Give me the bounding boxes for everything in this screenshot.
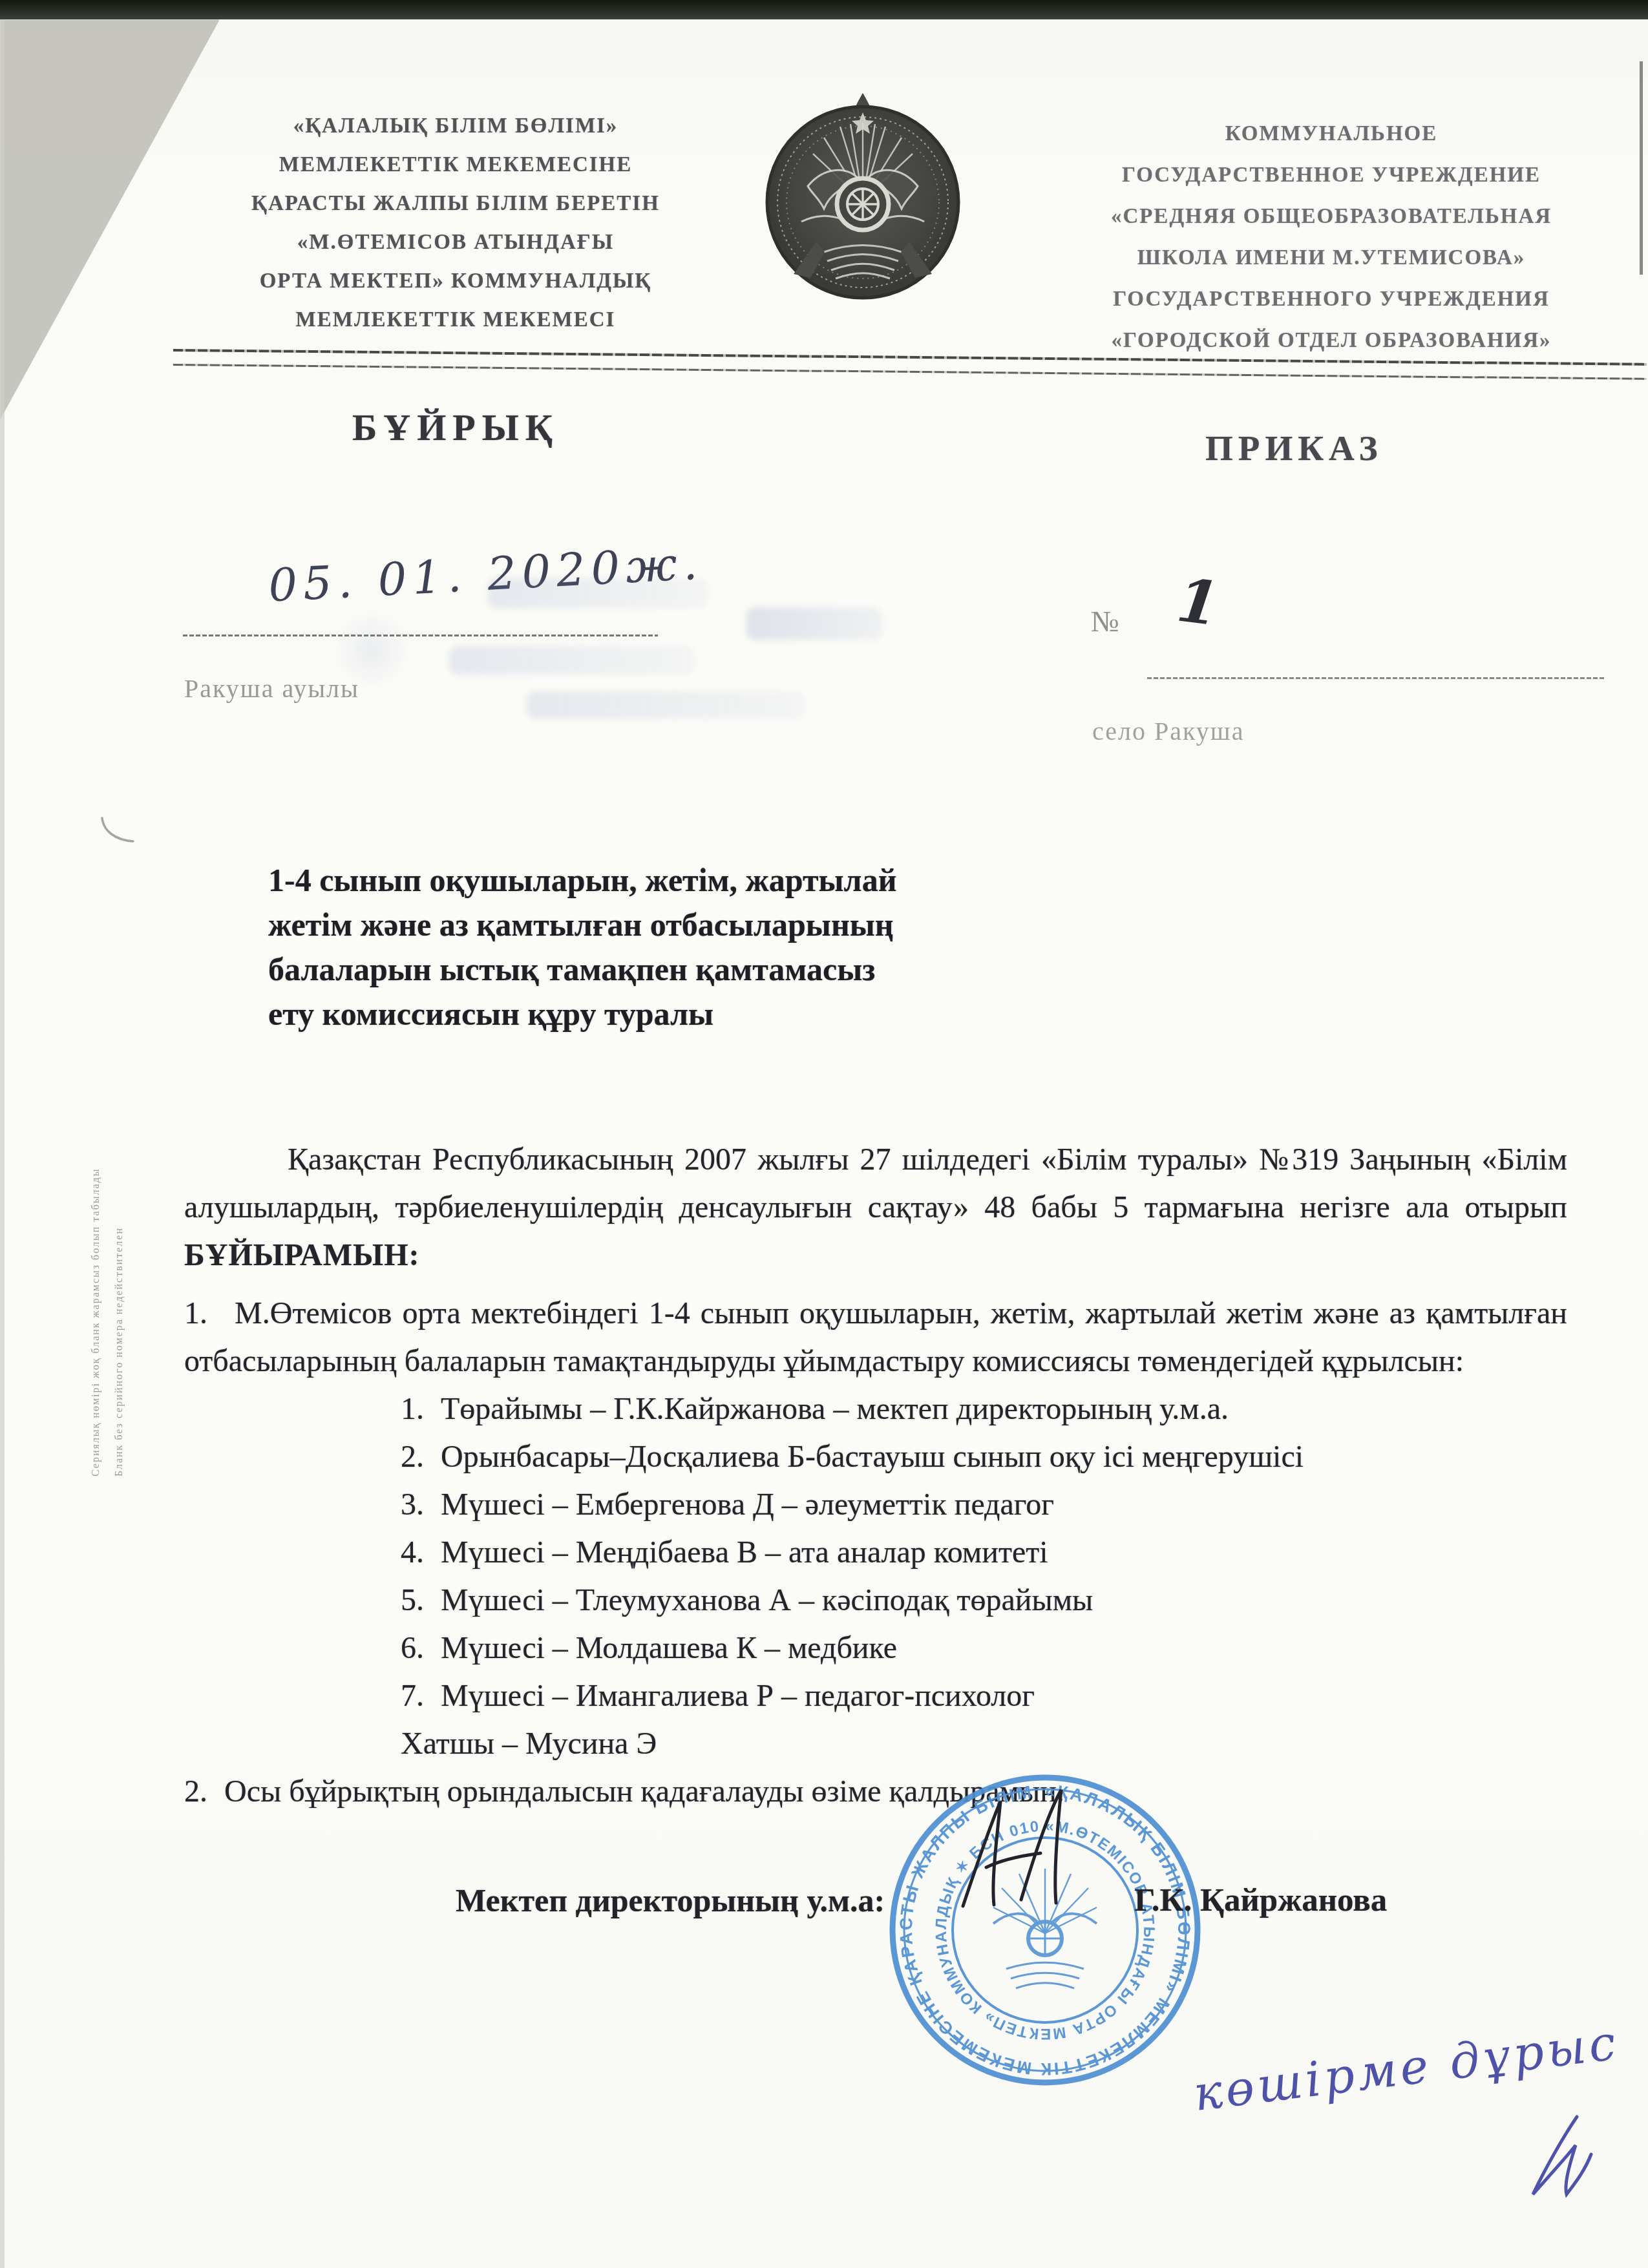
org-kk-line: «ҚАЛАЛЫҚ БІЛІМ БӨЛІМІ» (194, 107, 717, 145)
commission-member: Мүшесі – Имангалиева Р – педагог-психоло… (401, 1672, 1567, 1720)
org-ru-line: ГОСУДАРСТВЕННОГО УЧРЕЖДЕНИЯ (1044, 278, 1619, 320)
resolution-item-1-text: М.Өтемісов орта мектебіндегі 1-4 сынып о… (184, 1296, 1567, 1378)
org-kk-line: ОРТА МЕКТЕП» КОММУНАЛДЫҚ (194, 262, 717, 300)
margin-note-russian: Бланк без серийного номера недействителе… (114, 1063, 125, 1476)
pencil-mark (96, 806, 141, 855)
scanner-edge-top (0, 0, 1648, 19)
commission-secretary: Хатшы – Мусина Э (401, 1720, 1567, 1768)
order-subject-line: ету комиссиясын құру туралы (268, 992, 1076, 1036)
order-subject-line: балаларын ыстық тамақпен қамтамасыз (268, 947, 1076, 992)
org-ru-line: ШКОЛА ИМЕНИ М.УТЕМИСОВА» (1044, 237, 1619, 278)
scanner-edge-right (1640, 61, 1643, 275)
commission-member: Мүшесі – Молдашева К – медбике (401, 1624, 1567, 1672)
preamble-resolve-word: БҰЙЫРАМЫН: (184, 1238, 419, 1272)
commission-member: Мүшесі – Ембергенова Д – әлеуметтік педа… (401, 1481, 1567, 1529)
order-heading-kazakh: БҰЙРЫҚ (352, 406, 559, 449)
order-subject: 1-4 сынып оқушыларын, жетім, жартылай же… (268, 858, 1076, 1036)
place-kazakh: Ракуша ауылы (184, 673, 359, 704)
org-ru-line: «ГОРОДСКОЙ ОТДЕЛ ОБРАЗОВАНИЯ» (1044, 320, 1619, 361)
kazakhstan-emblem-icon (763, 89, 963, 312)
preamble-paragraph: Қазақстан Республикасының 2007 жылғы 27 … (184, 1136, 1567, 1279)
director-signature (924, 1770, 1131, 1929)
order-subject-line: 1-4 сынып оқушыларын, жетім, жартылай (268, 858, 1076, 903)
signature-label: Мектеп директорының у.м.а: (456, 1882, 885, 1919)
order-number-label: № (1091, 604, 1119, 638)
org-kk-line: «М.ӨТЕМІСОВ АТЫНДАҒЫ (194, 223, 717, 262)
place-russian: село Ракуша (1092, 716, 1244, 746)
resolution-list: М.Өтемісов орта мектебіндегі 1-4 сынып о… (184, 1290, 1567, 1816)
order-heading-russian: ПРИКАЗ (1205, 428, 1382, 468)
resolution-item-2: Осы бұйрықтың орындалысын қадағалауды өз… (184, 1768, 1567, 1816)
commission-member: Төрайымы – Г.К.Кайржанова – мектеп дирек… (401, 1385, 1567, 1433)
commission-member: Орынбасары–Досқалиева Б-бастауыш сынып о… (401, 1433, 1567, 1481)
handwritten-order-number: 1 (1174, 565, 1223, 640)
org-kk-line: МЕМЛЕКЕТТІК МЕКЕМЕСІНЕ (194, 145, 717, 184)
commission-members-list: Төрайымы – Г.К.Кайржанова – мектеп дирек… (401, 1385, 1567, 1720)
resolution-item-1: М.Өтемісов орта мектебіндегі 1-4 сынып о… (184, 1290, 1567, 1768)
handwritten-date: 05. 01. 2020ж. (267, 536, 704, 612)
org-ru-line: КОММУНАЛЬНОЕ (1044, 113, 1619, 154)
scanned-order-document: «ҚАЛАЛЫҚ БІЛІМ БӨЛІМІ» МЕМЛЕКЕТТІК МЕКЕМ… (0, 0, 1648, 2268)
number-underline (1147, 677, 1606, 679)
commission-member: Мүшесі – Тлеумуханова А – кәсіподақ төра… (401, 1577, 1567, 1624)
letterhead-kazakh: «ҚАЛАЛЫҚ БІЛІМ БӨЛІМІ» МЕМЛЕКЕТТІК МЕКЕМ… (194, 107, 717, 339)
signatory-name: Г.К. Қайржанова (1134, 1882, 1387, 1919)
org-kk-line: МЕМЛЕКЕТТІК МЕКЕМЕСІ (194, 300, 717, 339)
handwritten-copy-note: көшірме дұрыс (1190, 2015, 1622, 2122)
order-subject-line: жетім және аз қамтылған отбасыларының (268, 903, 1076, 947)
date-underline (183, 635, 658, 636)
org-ru-line: «СРЕДНЯЯ ОБЩЕОБРАЗОВАТЕЛЬНАЯ (1044, 196, 1619, 237)
scanner-edge-left (0, 19, 5, 2268)
letterhead-russian: КОММУНАЛЬНОЕ ГОСУДАРСТВЕННОЕ УЧРЕЖДЕНИЕ … (1044, 113, 1619, 361)
org-ru-line: ГОСУДАРСТВЕННОЕ УЧРЕЖДЕНИЕ (1044, 154, 1619, 196)
org-kk-line: ҚАРАСТЫ ЖАЛПЫ БІЛІМ БЕРЕТІН (194, 184, 717, 223)
order-body: Қазақстан Республикасының 2007 жылғы 27 … (184, 1136, 1567, 1816)
commission-member: Мүшесі – Меңдібаева В – ата аналар комит… (401, 1529, 1567, 1577)
handwritten-flourish-signature (1499, 2112, 1603, 2212)
preamble-text: Қазақстан Республикасының 2007 жылғы 27 … (184, 1142, 1567, 1224)
margin-note-kazakh: Сериялық нөмірі жоқ бланк жарамсыз болып… (90, 1063, 102, 1476)
